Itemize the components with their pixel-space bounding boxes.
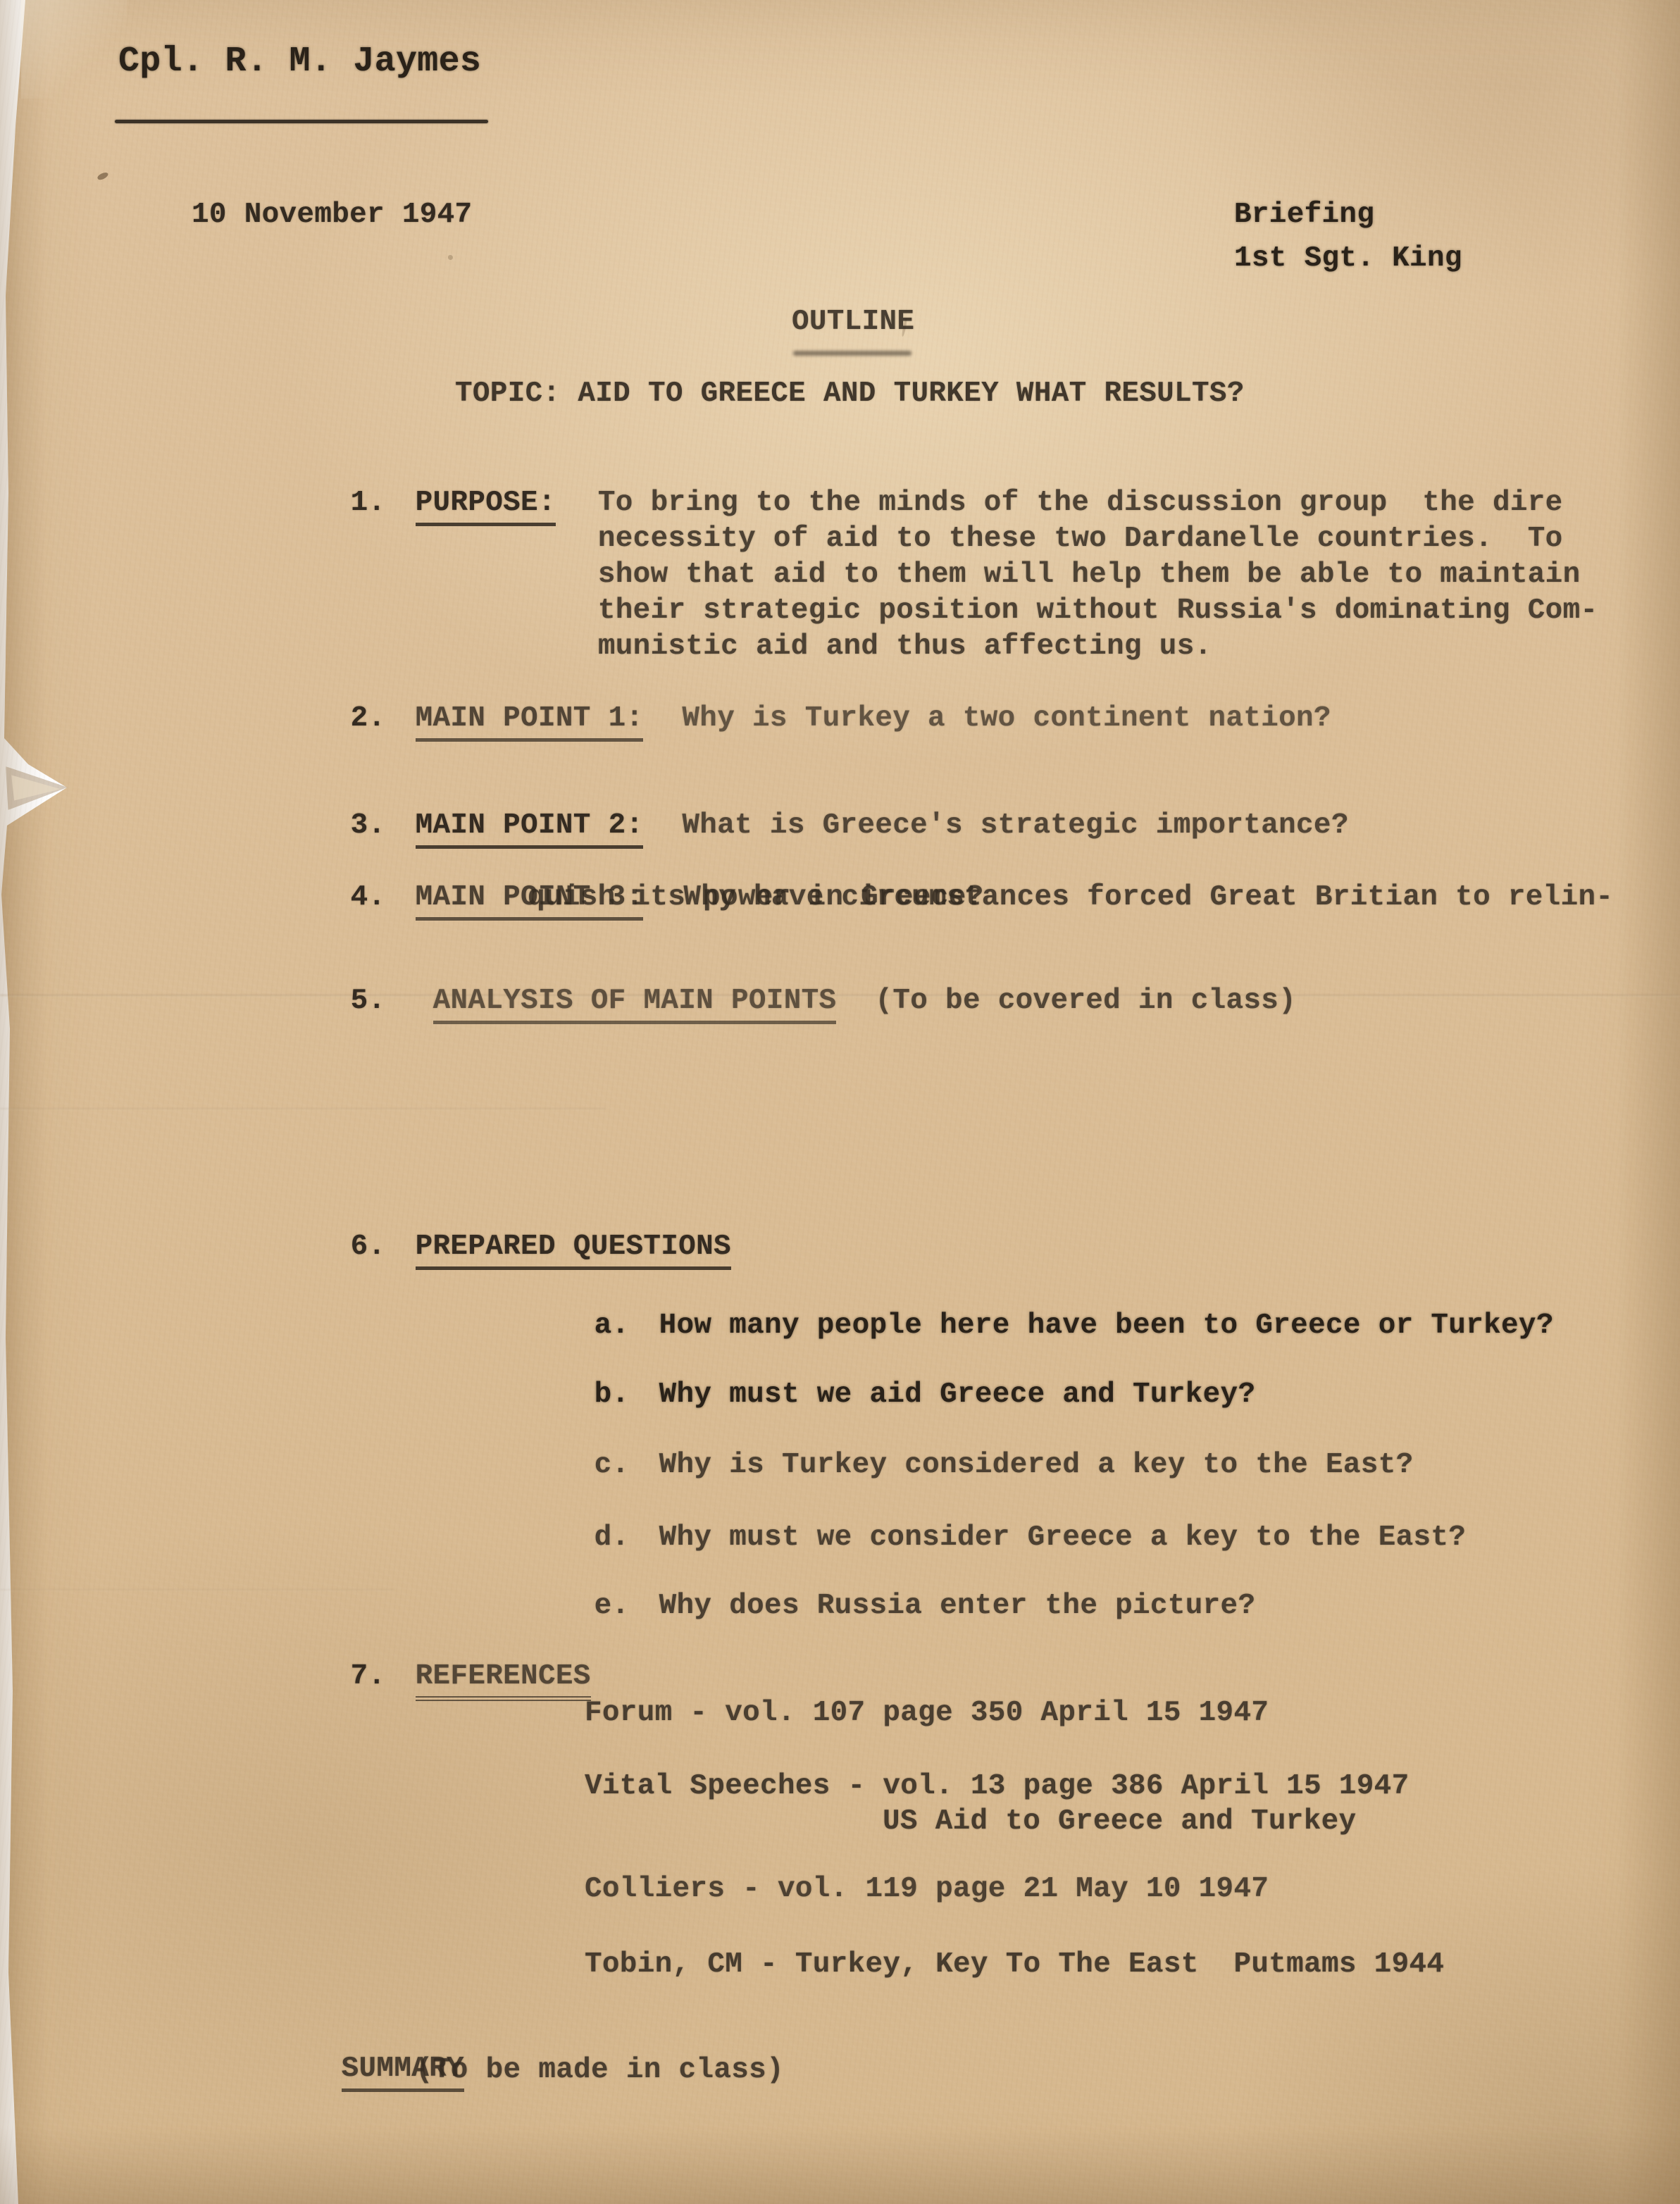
question-text: Why is Turkey considered a key to the Ea…: [659, 1449, 1414, 1481]
item-number: 3.: [351, 808, 416, 844]
question-letter: e.: [595, 1588, 659, 1624]
item-heading: PURPOSE:: [416, 487, 556, 526]
item-heading: MAIN POINT 1:: [416, 702, 644, 742]
question-row-e: e.Why does Russia enter the picture?: [524, 1552, 1255, 1660]
topic-line: TOPIC: AID TO GREECE AND TURKEY WHAT RES…: [455, 376, 1245, 412]
item-heading: ANALYSIS OF MAIN POINTS: [433, 985, 837, 1024]
item-number: 2.: [351, 701, 416, 737]
briefing-label: Briefing: [1234, 197, 1374, 233]
scanned-document-page: Cpl. R. M. Jaymes 10 November 1947 Brief…: [0, 0, 1680, 2204]
reference-line-tobin: Tobin, CM - Turkey, Key To The East Putm…: [585, 1947, 1444, 1983]
item-heading: PREPARED QUESTIONS: [416, 1231, 731, 1270]
date-line: 10 November 1947: [192, 197, 472, 233]
question-text: Why must we aid Greece and Turkey?: [659, 1378, 1256, 1411]
reference-line-forum: Forum - vol. 107 page 350 April 15 1947: [585, 1695, 1269, 1731]
question-letter: b.: [595, 1377, 659, 1413]
item-number: 6.: [351, 1229, 416, 1265]
author-line: Cpl. R. M. Jaymes: [118, 44, 481, 80]
item-body: To bring to the minds of the discussion …: [598, 485, 1598, 665]
item-body-continuation: quish its power in Greece?: [528, 880, 984, 916]
reference-line-colliers: Colliers - vol. 119 page 21 May 10 1947: [585, 1872, 1269, 1907]
question-letter: a.: [595, 1308, 659, 1344]
question-text: Why must we consider Greece a key to the…: [659, 1521, 1467, 1554]
item-body: Why is Turkey a two continent nation?: [682, 701, 1331, 737]
question-letter: c.: [595, 1447, 659, 1483]
item-heading: REFERENCES: [416, 1660, 591, 1701]
question-text: Why does Russia enter the picture?: [659, 1590, 1256, 1622]
item-number: 5.: [351, 983, 433, 1019]
question-letter: d.: [595, 1520, 659, 1556]
item-number: 1.: [351, 485, 416, 521]
instructor-line: 1st Sgt. King: [1234, 241, 1462, 277]
item-heading: MAIN POINT 2:: [416, 809, 644, 849]
reference-line-vital-speeches: Vital Speeches - vol. 13 page 386 April …: [585, 1769, 1410, 1805]
reference-line-us-aid: US Aid to Greece and Turkey: [883, 1804, 1356, 1840]
item-number: 4.: [351, 880, 416, 916]
outline-item-references: 7.REFERENCES: [280, 1623, 591, 1731]
item-number: 7.: [351, 1659, 416, 1695]
title-underline-smudge: [793, 351, 911, 356]
item-body: What is Greece's strategic importance?: [682, 808, 1348, 844]
outline-item-analysis: 5.ANALYSIS OF MAIN POINTS(To be covered …: [280, 947, 1296, 1055]
item-note: (To be covered in class): [875, 983, 1296, 1019]
outline-item-purpose: 1.PURPOSE:To bring to the minds of the d…: [280, 449, 1598, 701]
page-title: OUTLINE: [792, 304, 914, 340]
author-underline: [115, 120, 488, 123]
summary-note: (To be made in class): [416, 2053, 784, 2088]
outline-item-main-point-1: 2.MAIN POINT 1:Why is Turkey a two conti…: [280, 665, 1331, 773]
question-text: How many people here have been to Greece…: [659, 1309, 1554, 1342]
